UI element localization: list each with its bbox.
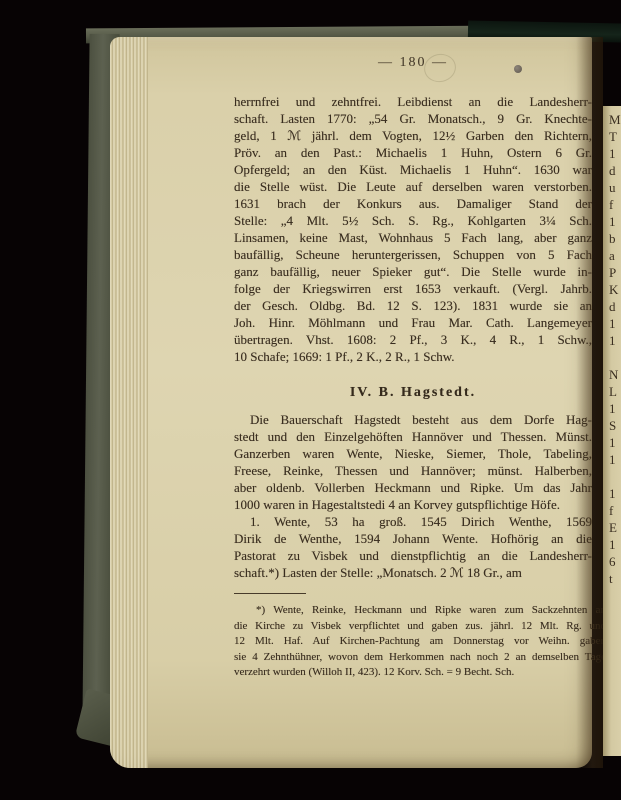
text-line: Linsamen, keine Mast, Wohnhaus 5 Fach la… [234, 229, 592, 246]
text-line: der Gesch. Oldbg. Bd. 12 S. 123). 1831 w… [234, 297, 592, 314]
paragraph-wente: 1. Wente, 53 ha groß. 1545 Dirich Wenthe… [234, 513, 592, 581]
footnote-line: verzehrt wurden (Willoh II, 423). 12 Kor… [234, 665, 606, 681]
facing-page-clipped-line: L [603, 383, 621, 400]
text-line: 1000 waren in Hagestaltstedi 4 an Korvey… [234, 496, 592, 513]
facing-page-clipped-line: a [603, 247, 621, 264]
text-line: 1. Wente, 53 ha groß. 1545 Dirich Wenthe… [234, 513, 592, 530]
text-line: 10 Schafe; 1669: 1 Pf., 2 K., 2 R., 1 Sc… [234, 348, 592, 365]
text-line: ganz baufällig, neuer Spieker gut“. Die … [234, 263, 592, 280]
facing-page-clipped-line [603, 468, 621, 485]
book-page: — 180 — herrnfrei und zehntfrei. Leibdie… [110, 37, 592, 768]
text-line: 1631 brach der Konkurs aus. Damaliger St… [234, 195, 592, 212]
book-photo: — 180 — herrnfrei und zehntfrei. Leibdie… [0, 0, 621, 800]
footnote-line: 12 Mlt. Haf. Auf Kirchen-Pachtung am Don… [234, 634, 606, 650]
facing-page-clipped-line [603, 349, 621, 366]
text-line: folge der Kriegswirren erst 1653 verkauf… [234, 280, 592, 297]
footnote-line: *) Wente, Reinke, Heckmann und Ripke war… [234, 603, 606, 619]
footnote-line: sie 4 Zehnthühner, wovon dem Herkommen n… [234, 650, 606, 666]
paper-spot [514, 65, 522, 73]
text-line: schaft.*) Lasten der Stelle: „Monatsch. … [234, 564, 592, 581]
text-line: geld, 1 ℳ jährl. dem Vogten, 12½ Garben … [234, 127, 592, 144]
text-line: aber oldenb. Vollerben Heckmann und Ripk… [234, 479, 592, 496]
text-line: Pröv. an den Past.: Michaelis 1 Huhn, Os… [234, 144, 592, 161]
footnote-line: die Kirche zu Visbek verpflichtet und ga… [234, 619, 606, 635]
facing-page-clipped-line: 6 [603, 553, 621, 570]
facing-page-clipped-line: M [603, 111, 621, 128]
page-number: — 180 — [234, 55, 592, 71]
facing-page-clipped-line: K [603, 281, 621, 298]
facing-page-clipped-line: u [603, 179, 621, 196]
text-line: Pastorat zu Visbek und dienstpflichtig a… [234, 547, 592, 564]
facing-page-clipped-line: 1 [603, 332, 621, 349]
facing-page-clipped-line: 1 [603, 213, 621, 230]
facing-page-clipped-line: f [603, 502, 621, 519]
text-line: Dirik de Wenthe, 1594 Johann Wente. Hofh… [234, 530, 592, 547]
paragraph-bauerschaft: Die Bauerschaft Hagstedt besteht aus dem… [234, 411, 592, 513]
footnote-separator [234, 593, 306, 594]
facing-page-clipped-line: f [603, 196, 621, 213]
facing-page-edge: MT1duf1baPKd11NL1S111fE16t [603, 106, 621, 756]
facing-page-clipped-line [603, 587, 621, 604]
facing-page-clipped-line: 1 [603, 145, 621, 162]
text-line: herrnfrei und zehntfrei. Leibdienst an d… [234, 93, 592, 110]
paragraph-lasten: herrnfrei und zehntfrei. Leibdienst an d… [234, 93, 592, 365]
text-line: Stelle: „4 Mlt. 5½ Sch. S. Rg., Kohlgart… [234, 212, 592, 229]
facing-page-clipped-line: 1 [603, 536, 621, 553]
text-line: die Stelle wüst. Die Leute auf derselben… [234, 178, 592, 195]
text-line: stedt und den Einzelgehöften Hannöver un… [234, 428, 592, 445]
text-line: schaft. Lasten 1770: „54 Gr. Monatsch., … [234, 110, 592, 127]
footnote: *) Wente, Reinke, Heckmann und Ripke war… [234, 603, 606, 681]
facing-page-clipped-line: 1 [603, 315, 621, 332]
text-line: Ganzerben waren Wente, Nieske, Siemer, T… [234, 445, 592, 462]
page-text: herrnfrei und zehntfrei. Leibdienst an d… [234, 93, 592, 681]
facing-page-clipped-line: 1 [603, 434, 621, 451]
text-line: Die Bauerschaft Hagstedt besteht aus dem… [234, 411, 592, 428]
facing-page-clipped-line: b [603, 230, 621, 247]
facing-page-clipped-line: t [603, 570, 621, 587]
facing-page-clipped-line: E [603, 519, 621, 536]
facing-page-clipped-line: N [603, 366, 621, 383]
text-line: Joh. Hinr. Möhlmann und Frau Mar. Cath. … [234, 314, 592, 331]
page-edges-stack [110, 37, 148, 768]
facing-page-clipped-line: 1 [603, 485, 621, 502]
facing-page-clipped-line: 1 [603, 400, 621, 417]
section-heading: IV. B. Hagstedt. [234, 385, 592, 401]
facing-page-clipped-line: P [603, 264, 621, 281]
text-line: übertragen. Vhst. 1608: 2 Pf., 3 K., 4 R… [234, 331, 592, 348]
text-line: Freese, Reinke, Thessen und Hannöver; mü… [234, 462, 592, 479]
facing-page-clipped-line: d [603, 298, 621, 315]
facing-page-clipped-line: 1 [603, 451, 621, 468]
facing-page-clipped-line: S [603, 417, 621, 434]
facing-page-clipped-line: d [603, 162, 621, 179]
facing-page-clipped-line: T [603, 128, 621, 145]
text-line: baufällig, Scheune heruntergerissen, Sch… [234, 246, 592, 263]
text-line: Opfergeld; an den Küst. Michaelis 1 Huhn… [234, 161, 592, 178]
